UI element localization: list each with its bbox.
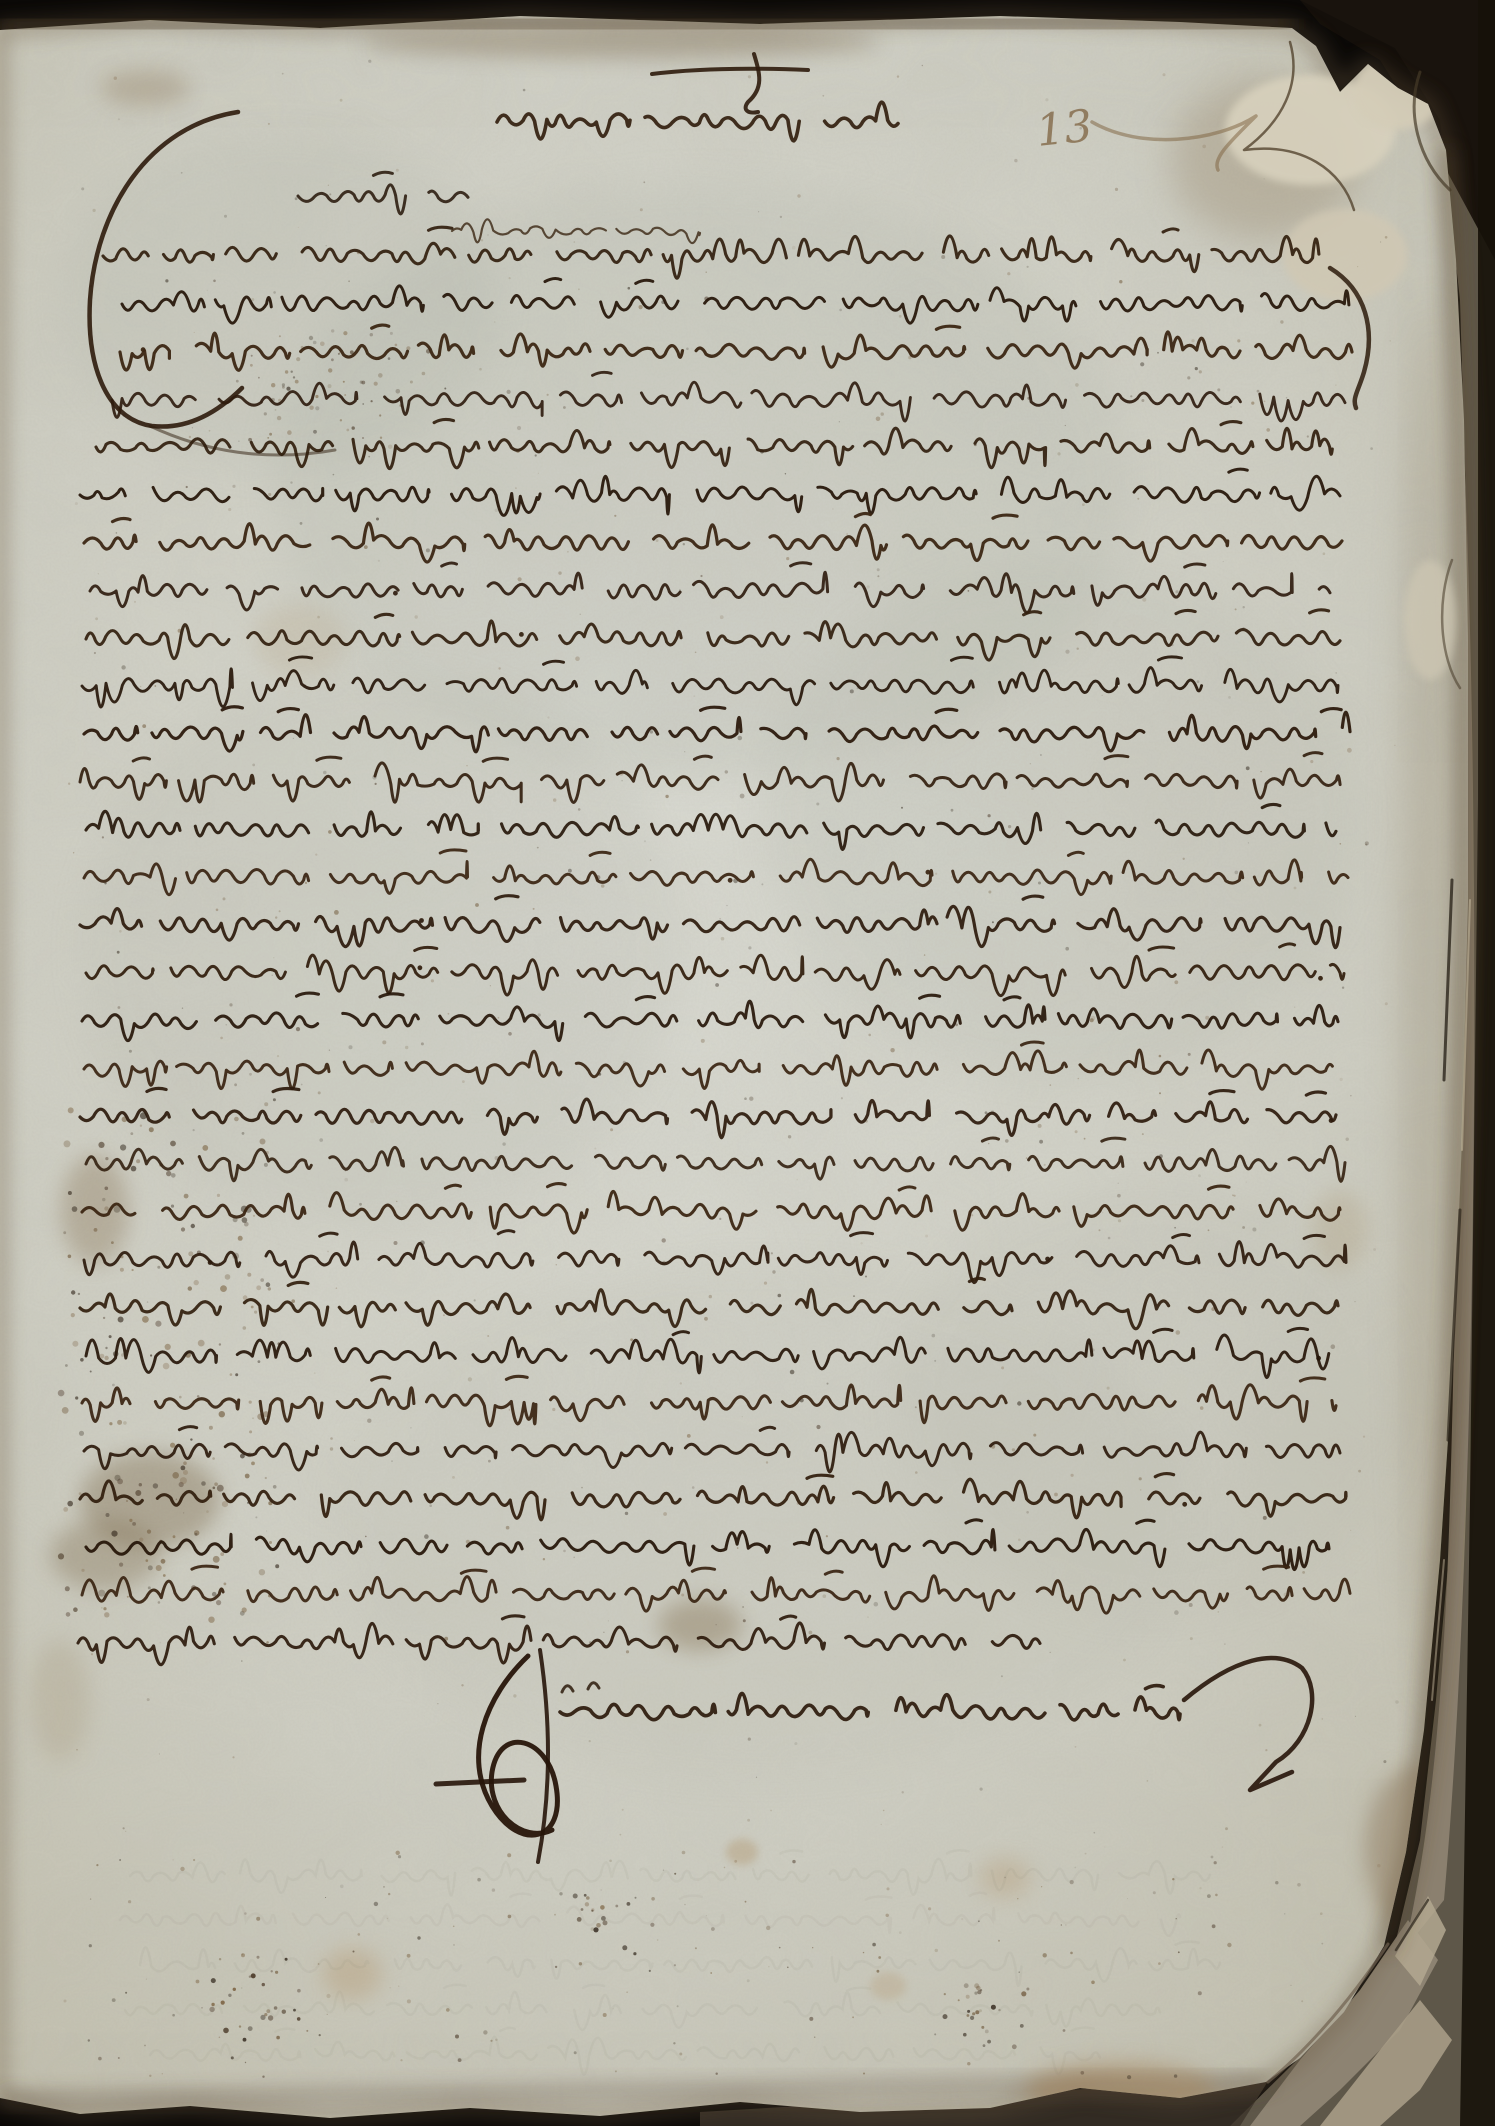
manuscript-photo: 13 xyxy=(0,0,1495,2126)
folio-number: 13 xyxy=(1034,100,1095,157)
manuscript-scan-svg: 13 xyxy=(0,0,1495,2126)
